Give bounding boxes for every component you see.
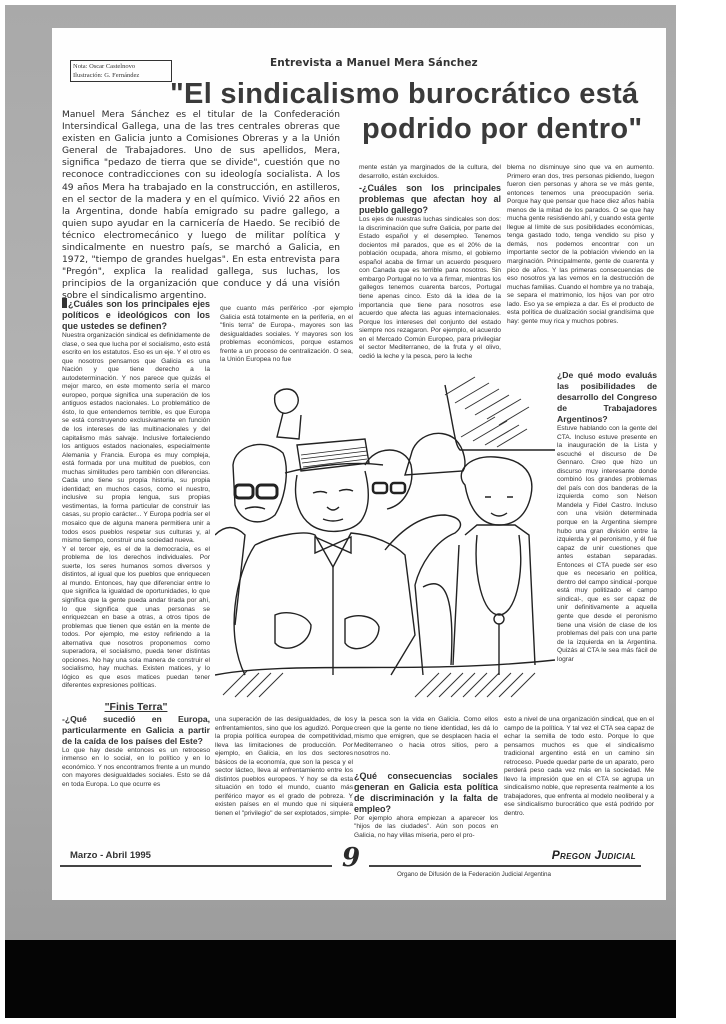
answer-paragraph: Los ejes de nuestras luchas sindicales s… — [359, 216, 501, 361]
answer-paragraph: Y el tercer eje, es el de la democracia,… — [62, 546, 210, 691]
kicker: Entrevista a Manuel Mera Sánchez — [270, 57, 478, 69]
column-4-top: blema no disminuye sino que va en aument… — [507, 164, 654, 326]
answer-paragraph: Por ejemplo ahora empiezan a aparecer lo… — [354, 815, 498, 841]
column-2-top: que cuanto más periférico -por ejemplo G… — [220, 305, 353, 365]
publication-subtitle: Organo de Difusión de la Federación Judi… — [397, 871, 551, 878]
headline-line-1: "El sindicalismo burocrático está — [170, 78, 638, 111]
headline-line-2: podrido por dentro" — [362, 113, 642, 146]
column-3-top: mente están ya marginados de la cultura,… — [359, 164, 501, 361]
intro-paragraph: Manuel Mera Sánchez es el titular de la … — [62, 109, 340, 303]
page-number: 9 — [342, 843, 360, 873]
publication-logo: Pregon Judicial — [552, 848, 636, 862]
column-3-bottom: y la pesca son la vida en Galicia. Como … — [354, 716, 498, 840]
answer-paragraph: una superación de las desigualdades, de … — [215, 716, 353, 819]
newspaper-page: Nota: Oscar Castelnovo Ilustración: G. F… — [52, 28, 666, 900]
answer-paragraph: mente están ya marginados de la cultura,… — [359, 164, 501, 181]
answer-paragraph: blema no disminuye sino que va en aument… — [507, 164, 654, 326]
answer-paragraph: Nuestra organización sindical es definid… — [62, 332, 210, 546]
answer-paragraph: y la pesca son la vida en Galicia. Como … — [354, 716, 498, 759]
question-heading: ¿Cuáles son los principales ejes polític… — [62, 298, 210, 332]
column-1: ¿Cuáles son los principales ejes polític… — [62, 298, 210, 789]
credit-author: Nota: Oscar Castelnovo — [73, 62, 169, 71]
caricature-illustration — [215, 375, 555, 703]
answer-paragraph: esto a nivel de una organización sindica… — [504, 716, 654, 819]
column-4-bottom: esto a nivel de una organización sindica… — [504, 716, 654, 819]
answer-paragraph: Estuve hablando con la gente del CTA. In… — [557, 425, 657, 664]
answer-paragraph: Lo que hay desde entonces es un retroces… — [62, 747, 210, 790]
column-2-bottom: una superación de las desigualdades, de … — [215, 716, 353, 819]
question-heading: -¿Cuáles son los principales problemas q… — [359, 183, 501, 216]
answer-paragraph: que cuanto más periférico -por ejemplo G… — [220, 305, 353, 365]
question-heading: -¿Qué sucedió en Europa, particularmente… — [62, 714, 210, 747]
footer-rule-left — [60, 865, 332, 867]
section-title: "Finis Terra" — [62, 703, 210, 712]
credit-illustrator: Ilustración: G. Fernández — [73, 71, 169, 80]
issue-date: Marzo - Abril 1995 — [70, 850, 151, 861]
footer-rule-right — [369, 865, 641, 867]
column-4-narrow: ¿De qué modo evaluás las posibilidades d… — [557, 370, 657, 664]
question-heading: ¿Qué consecuencias sociales generan en G… — [354, 771, 498, 815]
credits-box: Nota: Oscar Castelnovo Ilustración: G. F… — [70, 60, 172, 82]
scanner-black-band — [5, 940, 676, 1018]
question-heading: ¿De qué modo evaluás las posibilidades d… — [557, 370, 657, 425]
section-marker-icon — [62, 298, 67, 308]
